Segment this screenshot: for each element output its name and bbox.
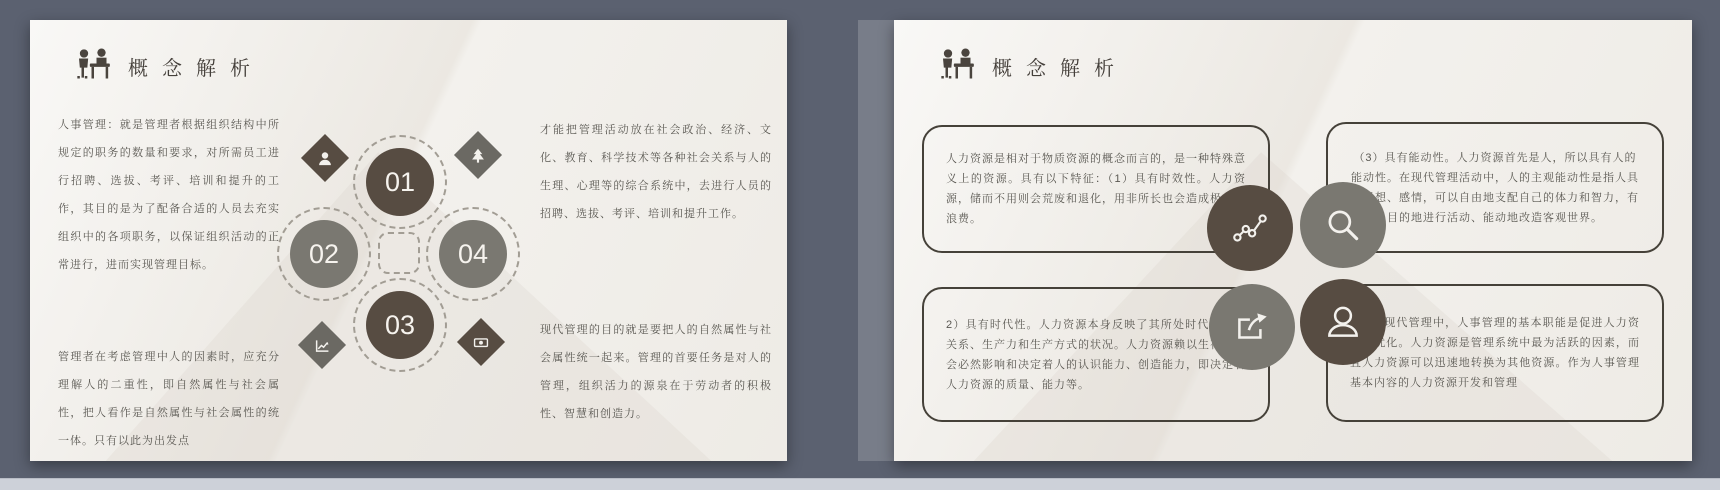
- step-number: 03: [385, 310, 415, 341]
- corner-diamond: [301, 134, 349, 182]
- tree-icon: [471, 148, 486, 163]
- cycle-step-02: 02: [290, 220, 358, 288]
- box-text: 2）具有时代性。人力资源本身反映了其所处时代的社会关系、生产力和生产方式的状况。…: [946, 315, 1246, 395]
- icon-circle: [1207, 185, 1293, 271]
- body-paragraph: 才能把管理活动放在社会政治、经济、文化、教育、科学技术等各种社会关系与人的生理、…: [540, 116, 772, 228]
- user-icon: [1322, 301, 1364, 343]
- magnifier-icon: [1322, 204, 1364, 246]
- dashed-center-square: [378, 232, 420, 274]
- export-share-icon: [1231, 306, 1273, 348]
- slide-title: 概念解析: [128, 52, 264, 81]
- line-chart-icon: [315, 338, 330, 353]
- corner-diamond: [298, 321, 346, 369]
- cycle-step-01: 01: [366, 148, 434, 216]
- box-text: （3）具有能动性。人力资源首先是人，所以具有人的能动性。在现代管理活动中，人的主…: [1350, 148, 1640, 228]
- icon-circle: [1300, 279, 1386, 365]
- body-paragraph: 现代管理的目的就是要把人的自然属性与社会属性统一起来。管理的首要任务是对人的管理…: [540, 316, 772, 428]
- interview-people-icon: [74, 46, 114, 86]
- step-number: 02: [309, 239, 339, 270]
- person-icon: [318, 151, 333, 166]
- slide-concept-analysis-2[interactable]: 概念解析 人力资源是相对于物质资源的概念而言的，是一种特殊意义上的资源。具有以下…: [894, 20, 1692, 461]
- body-paragraph: 管理者在考虑管理中人的因素时，应充分理解人的二重性，即自然属性与社会属性，把人看…: [58, 343, 280, 455]
- slide-title-row: 概念解析: [938, 46, 1128, 86]
- slide-edge-strip: [858, 20, 894, 461]
- icon-circle: [1209, 284, 1295, 370]
- body-paragraph: 人事管理：就是管理者根据组织结构中所规定的职务的数量和要求，对所需员工进行招聘、…: [58, 111, 280, 279]
- step-number: 01: [385, 167, 415, 198]
- slide-title: 概念解析: [992, 52, 1128, 81]
- box-text: 人力资源是相对于物质资源的概念而言的，是一种特殊意义上的资源。具有以下特征：（1…: [946, 149, 1246, 229]
- cycle-step-03: 03: [366, 291, 434, 359]
- slide-title-row: 概念解析: [74, 46, 264, 86]
- icon-circle: [1300, 182, 1386, 268]
- banknote-icon: [474, 335, 489, 350]
- slide-concept-analysis-1[interactable]: 概念解析 人事管理：就是管理者根据组织结构中所规定的职务的数量和要求，对所需员工…: [30, 20, 787, 461]
- box-text: 在现代管理中，人事管理的基本职能是促进人力资源的优化。人力资源是管理系统中最为活…: [1350, 313, 1640, 393]
- horizontal-scrollbar[interactable]: [0, 478, 1720, 490]
- cycle-step-04: 04: [439, 220, 507, 288]
- interview-people-icon: [938, 46, 978, 86]
- corner-diamond: [454, 131, 502, 179]
- step-number: 04: [458, 239, 488, 270]
- corner-diamond: [457, 318, 505, 366]
- share-nodes-icon: [1229, 207, 1271, 249]
